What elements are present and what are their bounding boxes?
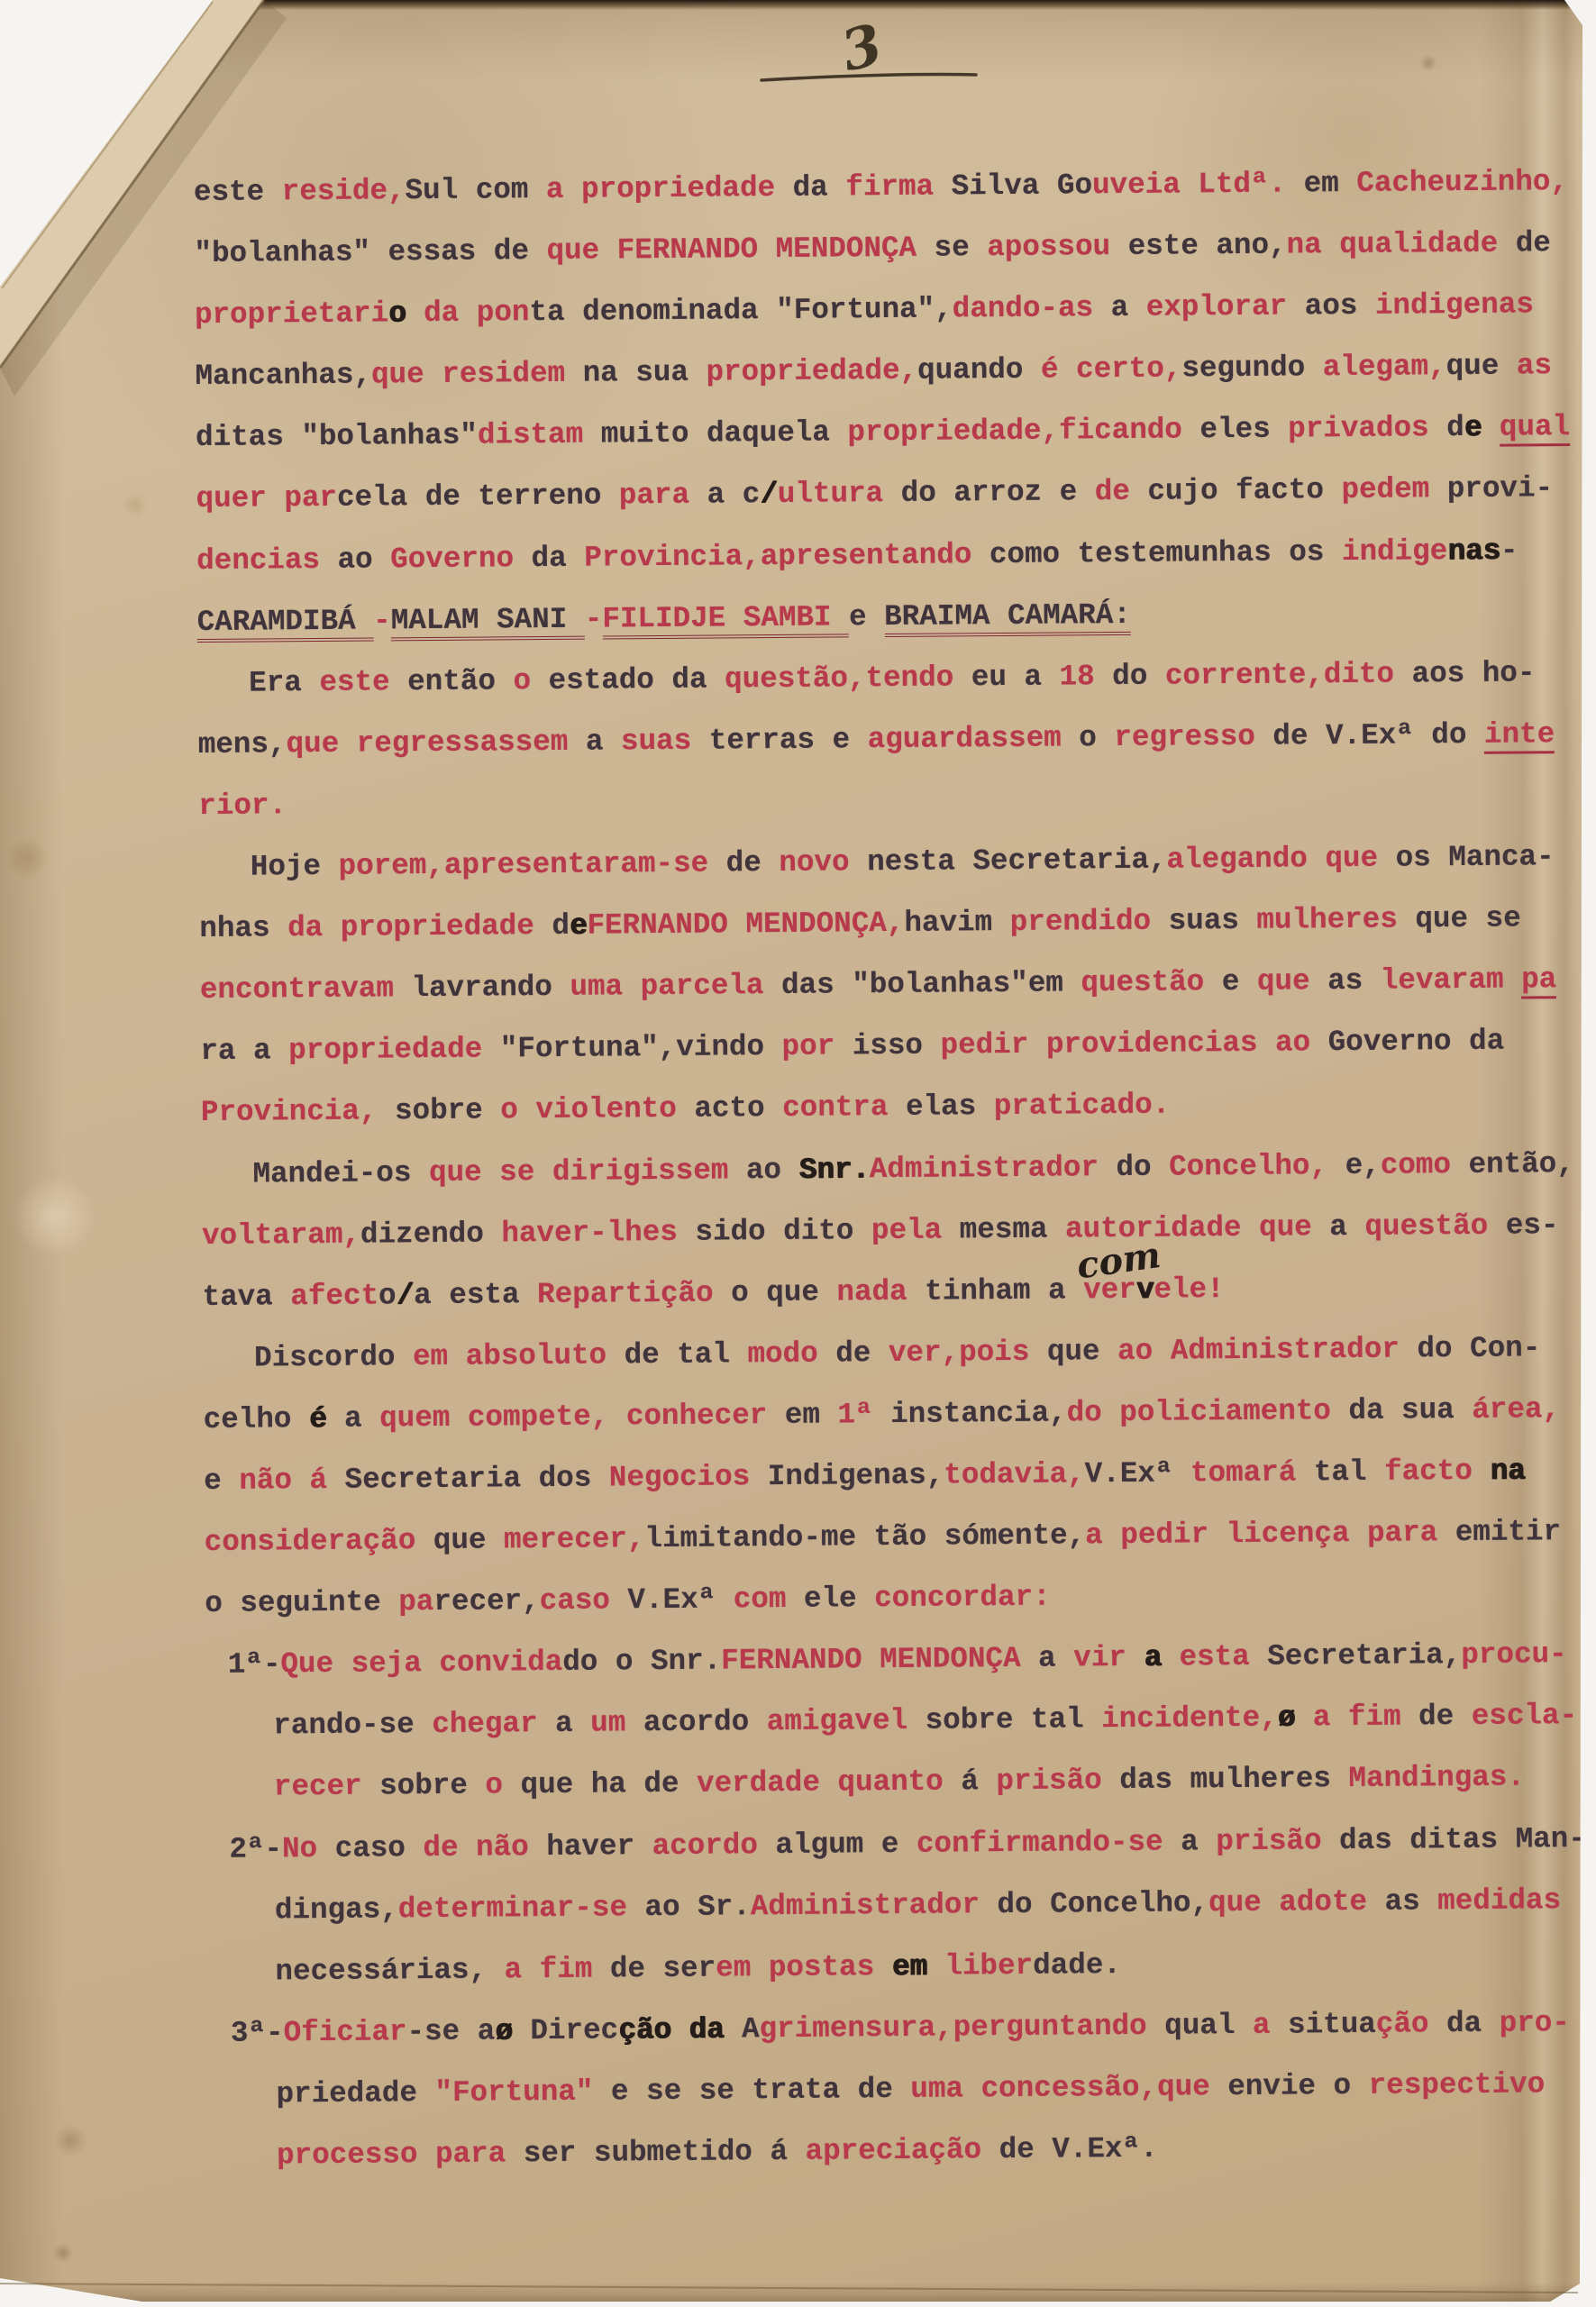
text-segment: caso: [335, 1831, 424, 1865]
text-segment: que: [1446, 350, 1517, 384]
document-scan: este reside,Sul com a propriedade da fir…: [0, 0, 1596, 2307]
text-line: dencias ao Governo da Provincia,apresent…: [3, 519, 1596, 593]
text-segment: ø: [495, 2014, 513, 2047]
text-segment: para: [1367, 1516, 1455, 1550]
text-segment: FILIDJE SAMBI: [602, 600, 849, 639]
text-segment: vindo: [676, 1030, 782, 1064]
text-segment: Administrador: [1171, 1332, 1418, 1367]
text-segment: de: [425, 480, 479, 514]
text-segment: "bolanhas": [194, 235, 388, 270]
text-segment: explorar: [1146, 290, 1305, 324]
text-segment: situa: [1288, 2008, 1376, 2042]
text-segment: perguntando: [953, 2009, 1164, 2044]
text-segment: limitando-me: [644, 1520, 873, 1555]
text-segment: conhecer: [626, 1399, 785, 1433]
text-segment: "Fortuna",: [500, 1031, 677, 1066]
text-line: dingas,determinar-se ao Sr.Administrador…: [14, 1869, 1596, 1943]
text-segment: e: [1222, 965, 1257, 998]
text-segment: celho: [203, 1402, 309, 1436]
text-segment: dando-as: [953, 291, 1111, 325]
text-segment: Secretaria: [344, 1462, 538, 1497]
text-segment: No: [282, 1831, 335, 1865]
text-segment: nas: [1447, 533, 1500, 567]
text-segment: que: [286, 726, 356, 761]
text-segment: par: [284, 481, 337, 515]
text-segment: a: [1144, 1641, 1162, 1674]
text-segment: absoluto: [466, 1338, 625, 1372]
text-segment: para: [619, 479, 707, 513]
text-segment: Indigenas,: [768, 1459, 944, 1494]
text-segment: Snr.: [651, 1645, 721, 1679]
text-segment: instancia,: [890, 1396, 1067, 1431]
text-segment: que: [1259, 1210, 1329, 1245]
text-segment: muito: [601, 417, 707, 451]
text-segment: o: [616, 1645, 651, 1678]
text-segment: aos: [1305, 289, 1375, 324]
text-segment: em: [892, 1949, 927, 1983]
text-segment: haver-lhes: [501, 1215, 695, 1250]
paper-top-edge: [0, 0, 1596, 10]
text-segment: Hoje: [251, 850, 339, 884]
text-segment: Era: [249, 666, 319, 700]
text-segment: de: [835, 1336, 889, 1370]
text-segment: propriedade,: [706, 354, 917, 389]
text-segment: que: [371, 358, 442, 392]
text-segment: propriedade: [341, 909, 552, 944]
text-segment: se: [499, 1154, 552, 1188]
text-segment: violento: [535, 1092, 694, 1126]
text-segment: amigavel: [767, 1704, 926, 1738]
text-segment: V.Exª: [1085, 1456, 1191, 1491]
text-segment: Snr.: [798, 1153, 869, 1187]
text-segment: área,: [1472, 1392, 1560, 1427]
text-segment: de: [1418, 1700, 1472, 1733]
text-segment: submetido: [594, 2135, 771, 2170]
text-segment: pro-: [1500, 2006, 1570, 2040]
text-segment: /: [760, 478, 778, 511]
text-segment: Discordo: [254, 1340, 413, 1374]
text-segment: afect: [290, 1279, 378, 1313]
text-segment: ha: [591, 1768, 644, 1801]
text-segment: provi-: [1447, 472, 1554, 506]
text-segment: [1482, 411, 1500, 444]
text-segment: tal: [677, 1337, 747, 1372]
text-segment: tomará: [1190, 1455, 1314, 1490]
text-segment: ultura: [778, 477, 901, 511]
text-segment: de: [1516, 226, 1551, 260]
text-segment: Negocios: [609, 1460, 768, 1494]
text-segment: d: [1446, 411, 1464, 444]
text-segment: é: [309, 1402, 327, 1436]
text-segment: Go: [1057, 169, 1092, 202]
text-segment: suas: [1169, 904, 1257, 938]
text-segment: qual: [1164, 2009, 1253, 2043]
text-segment: ao: [1275, 1026, 1328, 1059]
text-segment: aos: [1411, 657, 1482, 691]
text-segment: propriedade: [581, 171, 793, 206]
text-segment: que: [1325, 842, 1395, 876]
text-segment: dencias: [196, 543, 338, 577]
text-segment: 1ª-: [228, 1648, 281, 1682]
text-segment: mens,: [198, 727, 287, 761]
text-segment: Governo: [1328, 1025, 1470, 1059]
text-segment: a: [707, 479, 742, 512]
text-segment: terras: [709, 723, 833, 757]
text-segment: quanto: [837, 1765, 961, 1800]
text-segment: do: [997, 1887, 1050, 1920]
text-segment: providencias: [1046, 1026, 1275, 1062]
text-segment: esta: [1162, 1640, 1268, 1674]
text-segment: não: [476, 1830, 546, 1865]
text-segment: o: [205, 1587, 240, 1620]
text-segment: do: [1116, 1150, 1169, 1183]
text-segment: e,: [1345, 1148, 1380, 1181]
text-segment: que: [520, 1768, 590, 1802]
text-segment: se: [934, 231, 987, 264]
text-segment: pedem: [1341, 473, 1447, 507]
text-segment: se: [646, 2074, 699, 2108]
text-segment: sobre: [395, 1094, 501, 1128]
text-segment: segundo: [1181, 351, 1323, 385]
text-segment: "bolanhas": [301, 419, 478, 454]
text-segment: denominada: [582, 294, 776, 329]
text-segment: ho-: [1482, 656, 1536, 689]
text-segment: necessárias,: [275, 1953, 504, 1988]
text-segment: modo: [747, 1336, 835, 1371]
text-segment: mulheres: [1256, 903, 1415, 937]
text-segment: prisão: [996, 1764, 1119, 1798]
text-segment: mulheres: [1190, 1762, 1348, 1796]
text-segment: das: [781, 969, 852, 1003]
text-segment: dos: [539, 1461, 609, 1495]
text-segment: questão: [1081, 965, 1222, 999]
text-segment: dito: [783, 1214, 871, 1248]
text-segment: o: [378, 1279, 397, 1312]
text-segment: seja: [351, 1646, 439, 1681]
text-segment: Secretaria,: [972, 843, 1166, 879]
text-segment: sobre: [379, 1769, 486, 1803]
text-segment: da: [689, 2012, 724, 2046]
text-segment: em: [785, 1398, 838, 1431]
text-segment: Direc: [513, 2013, 619, 2047]
text-segment: o: [500, 1093, 535, 1126]
text-segment: adote: [1279, 1884, 1385, 1919]
text-segment: indigenas: [1375, 288, 1534, 323]
text-segment: então: [407, 664, 514, 698]
text-segment: FERNANDO: [587, 907, 745, 942]
text-segment: este: [194, 175, 282, 209]
text-segment: Sr.: [698, 1890, 751, 1923]
text-segment: da: [531, 541, 584, 574]
text-line: voltaram,dizendo haver-lhes sido dito pe…: [8, 1194, 1596, 1268]
text-segment: questão,: [725, 661, 866, 696]
text-segment: uma: [570, 970, 640, 1004]
text-segment: aguardassem: [868, 721, 1080, 756]
text-segment: da: [1348, 1393, 1401, 1427]
text-segment: priedade: [276, 2076, 434, 2111]
text-segment: em: [413, 1339, 466, 1372]
text-segment: es-: [1506, 1208, 1559, 1242]
text-segment: sómente,: [944, 1518, 1086, 1553]
text-segment: a: [1085, 1518, 1120, 1552]
text-segment: em: [716, 1951, 769, 1984]
text-segment: distam: [478, 418, 601, 452]
text-segment: a: [555, 1707, 590, 1740]
text-segment: pois: [959, 1335, 1047, 1369]
text-segment: tinham: [925, 1273, 1048, 1308]
text-segment: quer: [196, 482, 284, 516]
text-segment: lavrando: [411, 971, 570, 1005]
text-segment: ele: [804, 1582, 874, 1616]
text-segment: dito: [1324, 657, 1412, 691]
text-segment: que: [1157, 2070, 1227, 2104]
text-segment: privados: [1288, 412, 1446, 446]
text-segment: do: [562, 1646, 616, 1679]
text-segment: terreno: [478, 479, 619, 514]
text-segment: pedir: [940, 1028, 1046, 1062]
text-segment: escla-: [1472, 1699, 1578, 1733]
text-segment: concessão,: [980, 2071, 1157, 2106]
typewritten-text: este reside,Sul com a propriedade da fir…: [0, 151, 1596, 2189]
text-segment: a: [326, 1401, 379, 1435]
text-segment: da: [287, 911, 341, 944]
text-segment: a: [414, 1279, 449, 1312]
text-segment: V.Exª.: [1052, 2132, 1158, 2166]
text-segment: reside,: [282, 174, 406, 208]
text-segment: de: [643, 1767, 697, 1801]
text-segment: residem: [442, 357, 583, 391]
text-segment: concordar:: [874, 1581, 1051, 1616]
text-segment: sido: [695, 1215, 783, 1249]
text-segment: Ltdª.: [1198, 167, 1304, 201]
text-segment: "Fortuna": [434, 2074, 611, 2110]
text-segment: o: [1333, 2069, 1368, 2102]
text-segment: tal: [1031, 1703, 1101, 1737]
text-segment: FERNANDO MENDONÇA: [617, 232, 935, 268]
text-segment: o: [388, 296, 406, 330]
text-segment: CARAMDIBÁ: [197, 604, 374, 643]
text-segment: eu: [971, 661, 1025, 694]
text-segment: ção: [618, 2013, 671, 2047]
text-segment: ele!: [1154, 1272, 1224, 1307]
text-segment: prendido: [1010, 905, 1169, 939]
text-segment: acordo: [652, 1828, 775, 1863]
text-segment: que: [433, 1523, 504, 1557]
text-segment: testemunhas: [1078, 535, 1290, 570]
text-segment: de: [1272, 719, 1326, 752]
text-segment: as: [1327, 964, 1381, 998]
text-segment: Administrador: [751, 1888, 998, 1923]
text-segment: todavia,: [944, 1457, 1085, 1491]
text-segment: para: [435, 2137, 524, 2171]
text-segment: Manca-: [1448, 840, 1555, 874]
text-segment: inte: [1484, 717, 1555, 754]
text-segment: determinar-se: [398, 1891, 645, 1926]
text-segment: tal: [1314, 1455, 1384, 1490]
text-segment: ser: [524, 2137, 594, 2171]
text-segment: processo: [277, 2138, 435, 2172]
text-segment: a: [1111, 291, 1146, 324]
text-segment: recer,: [433, 1584, 540, 1619]
text-segment: é: [1041, 353, 1076, 387]
text-segment: a: [253, 1035, 288, 1068]
text-segment: tão: [873, 1520, 944, 1555]
text-segment: pa: [398, 1585, 433, 1619]
text-segment: regressassem: [357, 725, 586, 760]
text-segment: por: [781, 1030, 852, 1064]
text-segment: de: [625, 1338, 678, 1372]
text-segment: este: [319, 665, 407, 699]
text-segment: da: [406, 296, 476, 331]
text-segment: sobre: [926, 1703, 1032, 1737]
text-segment: levaram: [1381, 963, 1522, 998]
text-segment: prisão: [1216, 1824, 1339, 1858]
text-segment: na: [1286, 228, 1339, 261]
text-segment: a: [504, 1953, 539, 1986]
text-segment: que: [546, 233, 616, 268]
text-segment: dingas,: [275, 1892, 398, 1927]
text-segment: e: [611, 2074, 646, 2108]
text-segment: contra: [782, 1090, 906, 1125]
text-segment: a: [1329, 1209, 1364, 1243]
text-segment: e: [881, 1827, 917, 1860]
text-segment: Governo: [390, 542, 532, 576]
text-segment: apresentaram-se: [444, 846, 726, 881]
text-line: consideração que merecer,limitando-me tã…: [10, 1501, 1596, 1575]
text-segment: pa: [1521, 962, 1556, 998]
text-segment: de: [610, 1952, 663, 1985]
text-segment: ø: [1278, 1701, 1296, 1735]
text-segment: Sul: [405, 174, 475, 208]
text-segment: o: [485, 1769, 520, 1802]
text-line: ra a propriedade "Fortuna",vindo por iss…: [6, 1010, 1596, 1084]
text-segment: fim: [540, 1952, 610, 1986]
text-segment: /: [397, 1279, 415, 1312]
text-segment: a: [1024, 660, 1059, 693]
text-segment: o: [731, 1276, 766, 1309]
text-segment: a: [1253, 2008, 1288, 2041]
text-segment: a: [586, 725, 621, 758]
text-segment: que: [429, 1155, 499, 1190]
text-segment: postas: [769, 1950, 892, 1984]
text-segment: qual: [1500, 410, 1571, 447]
text-segment: Mancanhas,: [195, 359, 371, 394]
text-segment: praticado.: [994, 1089, 1171, 1124]
text-segment: e: [1464, 411, 1482, 444]
text-segment: liber: [927, 1949, 1034, 1983]
text-segment: que: [1047, 1335, 1117, 1369]
text-segment: estado: [548, 663, 671, 698]
text-segment: medidas: [1437, 1883, 1561, 1918]
text-segment: acordo: [643, 1705, 767, 1739]
text-segment: Repartição: [537, 1276, 731, 1311]
text-segment: ta: [529, 296, 582, 329]
text-segment: a: [478, 2014, 496, 2047]
text-segment: -: [1500, 533, 1518, 567]
text-segment: ver,: [889, 1336, 959, 1370]
text-segment: uma: [910, 2072, 980, 2106]
text-segment: cela: [337, 481, 425, 515]
text-segment: MENDONÇA: [880, 1642, 1038, 1676]
text-segment: FERNANDO: [721, 1643, 880, 1677]
text-segment: indige: [1342, 534, 1448, 569]
text-segment: a: [1038, 1642, 1073, 1675]
text-segment: tava: [202, 1280, 290, 1314]
text-segment: apresentando: [761, 538, 990, 573]
text-segment: que: [1208, 1885, 1279, 1919]
text-segment: cujo: [1147, 474, 1236, 508]
text-segment: ano,: [1216, 229, 1286, 263]
text-segment: nhas: [199, 911, 287, 945]
text-segment: emitir: [1455, 1515, 1562, 1549]
text-segment: voltaram,: [202, 1217, 360, 1252]
text-segment: da: [1469, 1025, 1504, 1058]
text-segment: porem,: [338, 849, 444, 883]
text-segment: arroz: [953, 476, 1060, 510]
text-segment: á: [309, 1464, 344, 1497]
text-segment: havim: [904, 906, 1010, 940]
text-segment: apossou: [987, 230, 1128, 264]
text-segment: autoridade: [1065, 1210, 1259, 1245]
text-segment: Cacheuzinho,: [1356, 165, 1568, 200]
text-segment: ditas: [1409, 1822, 1516, 1856]
text-segment: V.Exª: [627, 1583, 734, 1618]
text-segment: -se: [406, 2014, 477, 2048]
text-segment: se: [1485, 902, 1520, 935]
text-segment: esta: [449, 1278, 537, 1312]
text-segment: um: [590, 1707, 643, 1740]
text-segment: grimensura,: [759, 2011, 953, 2046]
text-segment: fim: [1348, 1701, 1418, 1735]
text-segment: quando: [917, 353, 1041, 388]
text-segment: á: [961, 1765, 996, 1799]
text-segment: ção: [1376, 2007, 1446, 2041]
text-segment: ao: [337, 543, 390, 576]
text-segment: este: [1128, 229, 1217, 263]
text-segment: daquela: [707, 416, 848, 451]
text-segment: essas: [388, 235, 494, 269]
text-segment: A: [724, 2012, 759, 2046]
text-segment: e: [570, 909, 588, 943]
text-segment: o: [513, 664, 548, 698]
text-segment: ao: [1117, 1334, 1171, 1367]
text-segment: eles: [1199, 413, 1288, 447]
text-segment: então,: [1468, 1147, 1574, 1181]
text-segment: as: [1384, 1884, 1437, 1918]
text-segment: de: [494, 234, 547, 268]
text-segment: d: [552, 909, 570, 943]
text-segment: em: [1304, 167, 1357, 200]
text-segment: do: [1431, 718, 1484, 752]
text-segment: Mandei-os: [252, 1156, 429, 1191]
text-line: recer sobre o que ha de verdade quanto á…: [13, 1746, 1596, 1820]
text-segment: nada: [836, 1274, 925, 1309]
text-segment: 2ª-: [229, 1832, 282, 1865]
text-segment: como: [990, 537, 1078, 571]
text-segment: que: [1415, 902, 1485, 936]
text-segment: "bolanhas": [852, 967, 1028, 1002]
text-segment: questão: [1364, 1208, 1506, 1243]
text-segment: de: [858, 2073, 911, 2106]
text-segment: e: [1060, 476, 1095, 509]
text-line: processo para ser submetido á apreciação…: [15, 2115, 1596, 2189]
text-segment: a: [1048, 1273, 1083, 1307]
text-segment: pon: [477, 296, 530, 329]
text-segment: 18: [1059, 660, 1112, 693]
text-segment: trata: [752, 2073, 858, 2107]
text-segment: de: [423, 1830, 476, 1864]
text-segment: vir: [1073, 1641, 1144, 1675]
